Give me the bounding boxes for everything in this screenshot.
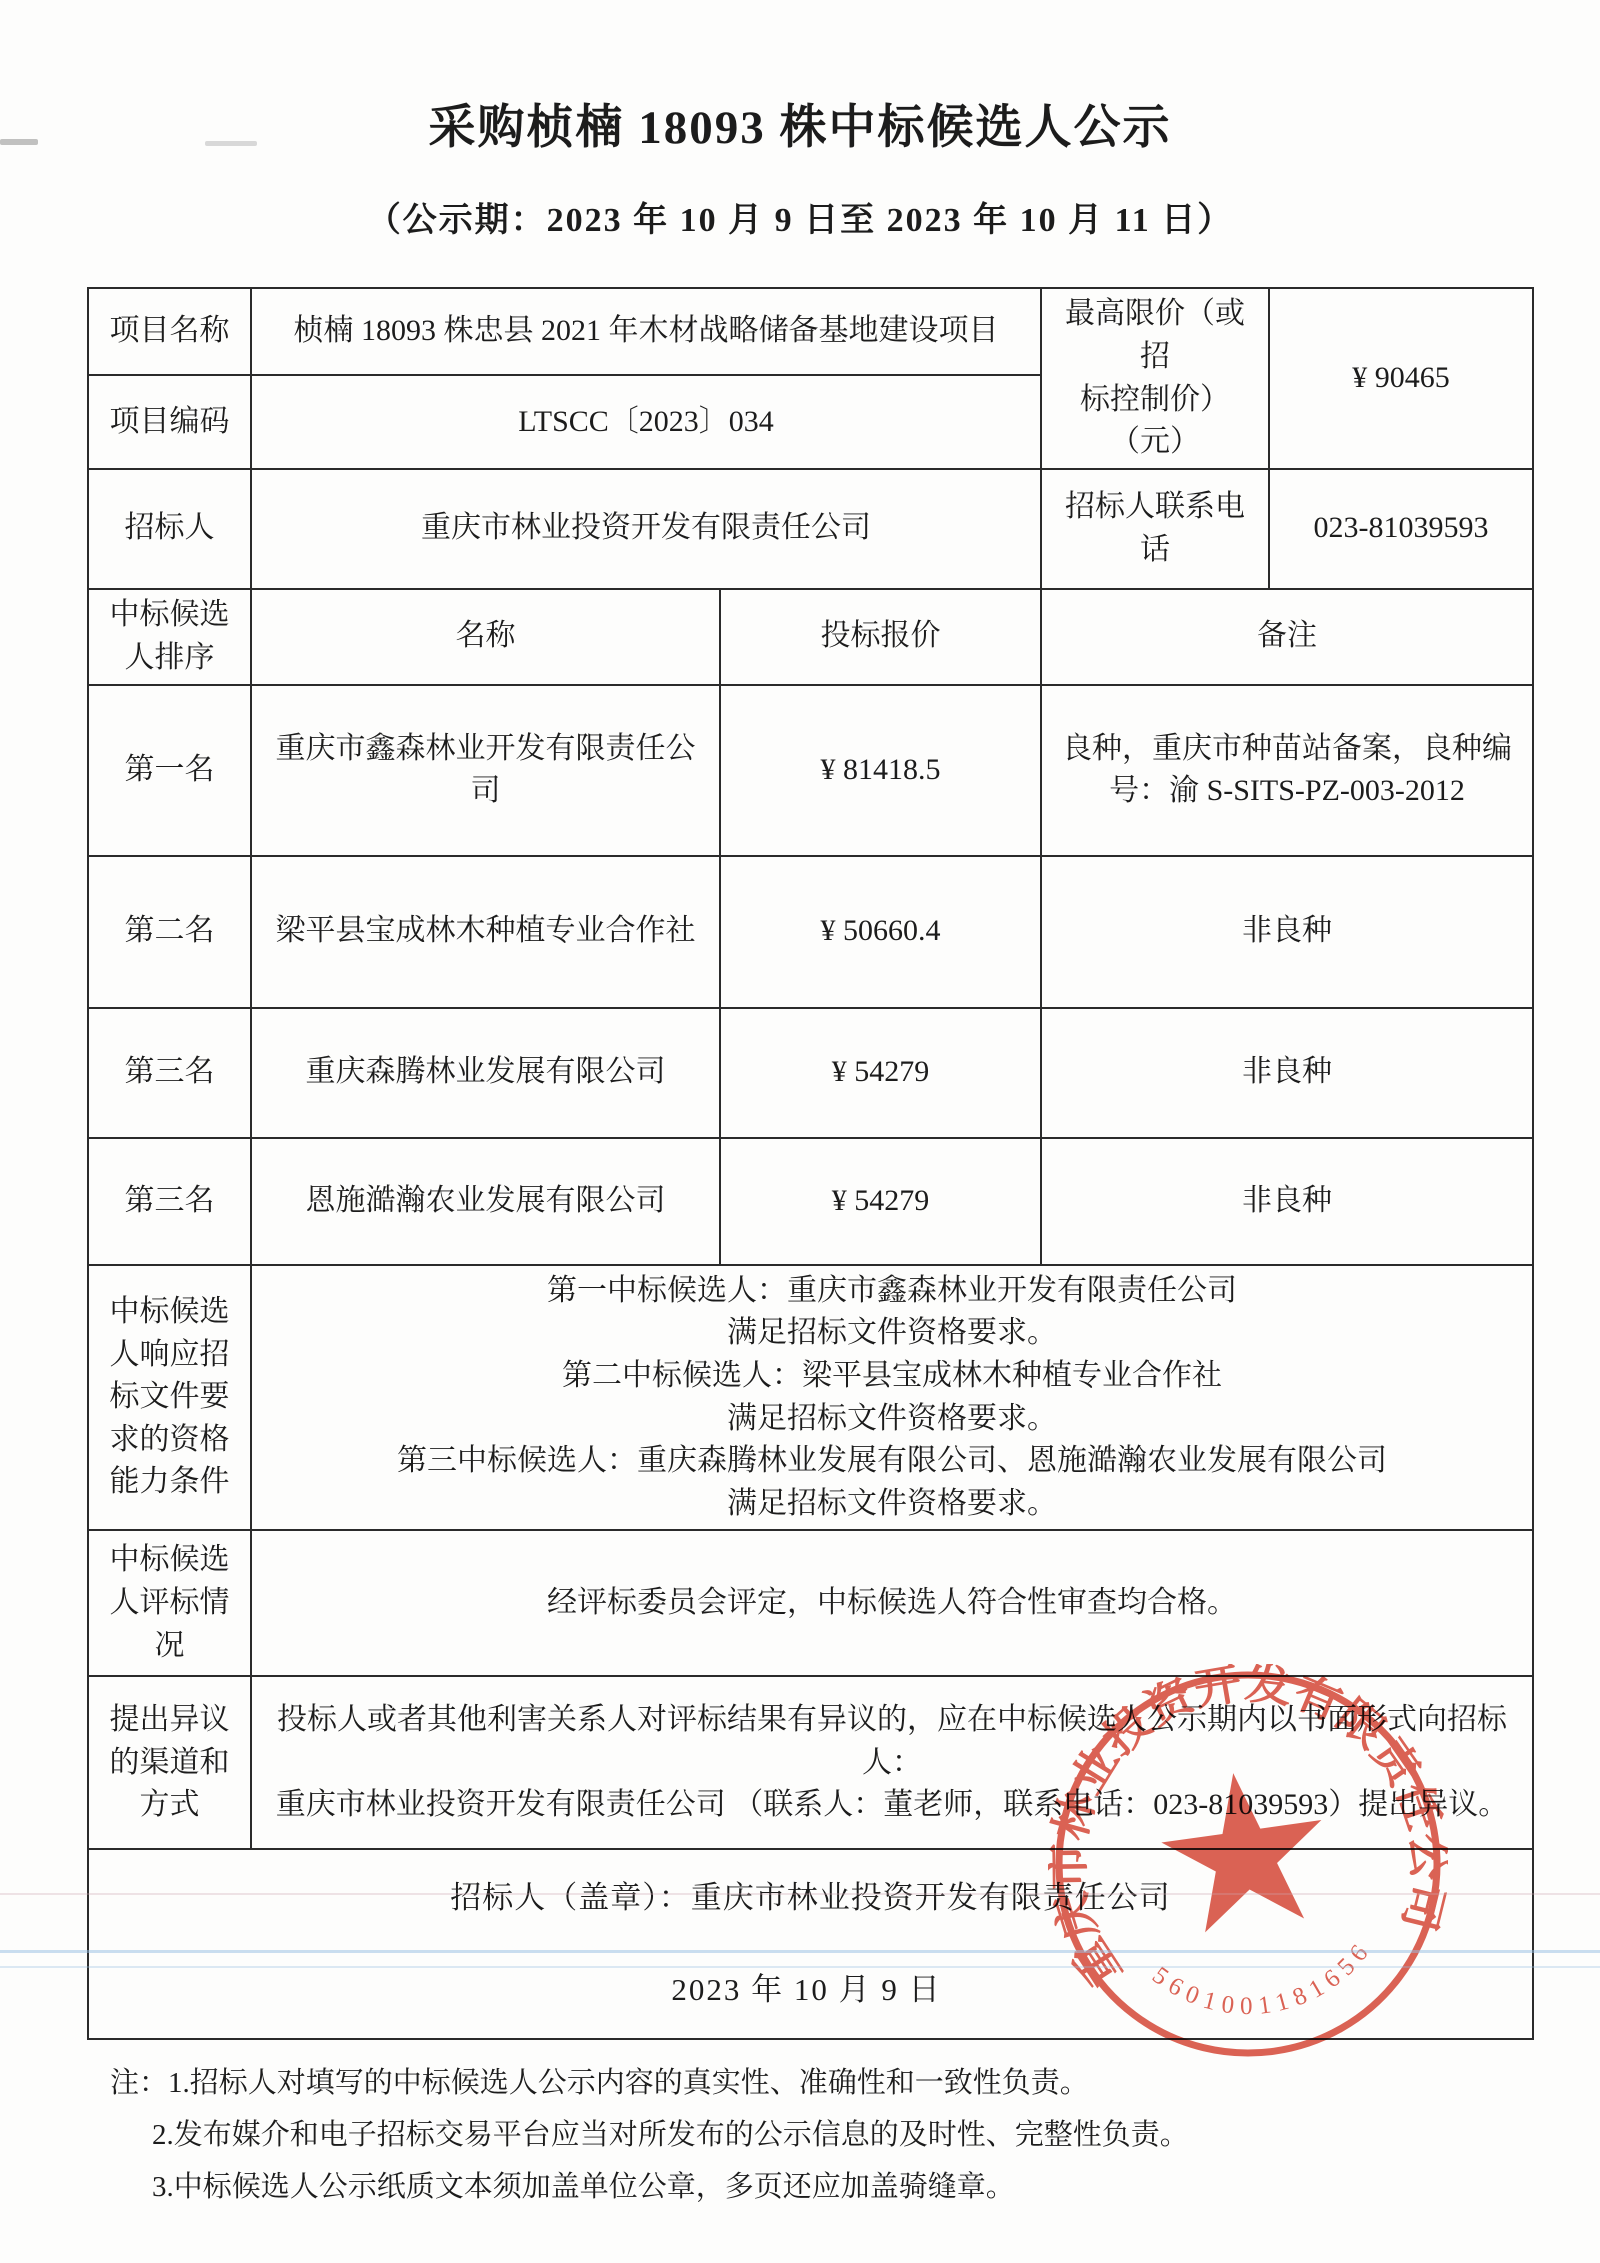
candidate-row-2: 第二名 梁平县宝成林木种植专业合作社 ¥ 50660.4 非良种 <box>88 856 1533 1008</box>
candidate-name: 重庆森腾林业发展有限公司 <box>251 1008 720 1138</box>
note-prefix: 注： <box>110 2067 168 2099</box>
footnotes: 注：1.招标人对填写的中标候选人公示内容的真实性、准确性和一致性负责。 2.发布… <box>110 2058 1600 2213</box>
svg-text:5601001181656: 5601001181656 <box>1145 1932 1385 2035</box>
note-item: 3.中标候选人公示纸质文本须加盖单位公章，多页还应加盖骑缝章。 <box>152 2171 1015 2203</box>
note-line-2: 2.发布媒介和电子招标交易平台应当对所发布的公示信息的及时性、完整性负责。 <box>152 2110 1600 2162</box>
candidate-rank: 第三名 <box>88 1008 251 1138</box>
document-page: 采购桢楠 18093 株中标候选人公示 （公示期：2023 年 10 月 9 日… <box>0 0 1600 2263</box>
candidate-remark: 非良种 <box>1041 856 1533 1008</box>
tenderer-phone-label: 招标人联系电 话 <box>1041 469 1269 589</box>
candidates-header-row: 中标候选 人排序 名称 投标报价 备注 <box>88 589 1533 685</box>
project-code-value: LTSCC〔2023〕034 <box>251 375 1041 469</box>
qualification-content: 第一中标候选人：重庆市鑫森林业开发有限责任公司 满足招标文件资格要求。 第二中标… <box>251 1265 1533 1531</box>
project-name-value: 桢楠 18093 株忠县 2021 年木材战略储备基地建设项目 <box>251 288 1041 375</box>
qualification-label: 中标候选 人响应招 标文件要 求的资格 能力条件 <box>88 1265 251 1531</box>
publicity-period: （公示期：2023 年 10 月 9 日至 2023 年 10 月 11 日） <box>0 192 1600 241</box>
evaluation-label: 中标候选 人评标情 况 <box>88 1530 251 1676</box>
company-seal: 重庆市林业投资开发有限责任公司 5601001181656 <box>1048 1664 1448 2064</box>
candidate-name: 重庆市鑫森林业开发有限责任公 司 <box>251 685 720 856</box>
candidate-row-1: 第一名 重庆市鑫森林业开发有限责任公 司 ¥ 81418.5 良种，重庆市种苗站… <box>88 685 1533 856</box>
project-code-label: 项目编码 <box>88 375 251 469</box>
seal-number-text: 5601001181656 <box>1145 1932 1385 2035</box>
candidate-rank: 第三名 <box>88 1138 251 1265</box>
evaluation-content: 经评标委员会评定，中标候选人符合性审查均合格。 <box>251 1530 1533 1676</box>
note-line-1: 注：1.招标人对填写的中标候选人公示内容的真实性、准确性和一致性负责。 <box>110 2058 1600 2110</box>
candidate-name: 恩施澔瀚农业发展有限公司 <box>251 1138 720 1265</box>
candidate-rank: 第一名 <box>88 685 251 856</box>
project-name-row: 项目名称 桢楠 18093 株忠县 2021 年木材战略储备基地建设项目 最高限… <box>88 288 1533 375</box>
max-price-value: ¥ 90465 <box>1269 288 1533 468</box>
note-item: 2.发布媒介和电子招标交易平台应当对所发布的公示信息的及时性、完整性负责。 <box>152 2119 1189 2151</box>
page-title: 采购桢楠 18093 株中标候选人公示 <box>0 0 1600 156</box>
note-item: 1.招标人对填写的中标候选人公示内容的真实性、准确性和一致性负责。 <box>168 2067 1089 2099</box>
rank-header: 中标候选 人排序 <box>88 589 251 685</box>
candidate-row-4: 第三名 恩施澔瀚农业发展有限公司 ¥ 54279 非良种 <box>88 1138 1533 1265</box>
note-line-3: 3.中标候选人公示纸质文本须加盖单位公章，多页还应加盖骑缝章。 <box>152 2162 1600 2214</box>
scan-smudge <box>205 141 257 146</box>
candidate-remark: 非良种 <box>1041 1138 1533 1265</box>
tenderer-value: 重庆市林业投资开发有限责任公司 <box>251 469 1041 589</box>
scan-smudge <box>0 139 38 145</box>
tenderer-row: 招标人 重庆市林业投资开发有限责任公司 招标人联系电 话 023-8103959… <box>88 469 1533 589</box>
objection-label: 提出异议 的渠道和 方式 <box>88 1676 251 1849</box>
max-price-label: 最高限价（或招 标控制价）（元） <box>1041 288 1269 468</box>
tenderer-label: 招标人 <box>88 469 251 589</box>
candidate-price: ¥ 54279 <box>720 1008 1041 1138</box>
seal-star-icon <box>1153 1762 1334 1937</box>
qualification-row: 中标候选 人响应招 标文件要 求的资格 能力条件 第一中标候选人：重庆市鑫森林业… <box>88 1265 1533 1531</box>
candidate-rank: 第二名 <box>88 856 251 1008</box>
candidate-price: ¥ 54279 <box>720 1138 1041 1265</box>
candidate-remark: 非良种 <box>1041 1008 1533 1138</box>
candidate-price: ¥ 81418.5 <box>720 685 1041 856</box>
tenderer-phone-value: 023-81039593 <box>1269 469 1533 589</box>
candidate-name: 梁平县宝成林木种植专业合作社 <box>251 856 720 1008</box>
candidate-price: ¥ 50660.4 <box>720 856 1041 1008</box>
price-header: 投标报价 <box>720 589 1041 685</box>
candidate-remark: 良种，重庆市种苗站备案，良种编 号：渝 S-SITS-PZ-003-2012 <box>1041 685 1533 856</box>
remark-header: 备注 <box>1041 589 1533 685</box>
candidate-row-3: 第三名 重庆森腾林业发展有限公司 ¥ 54279 非良种 <box>88 1008 1533 1138</box>
name-header: 名称 <box>251 589 720 685</box>
evaluation-row: 中标候选 人评标情 况 经评标委员会评定，中标候选人符合性审查均合格。 <box>88 1530 1533 1676</box>
project-name-label: 项目名称 <box>88 288 251 375</box>
